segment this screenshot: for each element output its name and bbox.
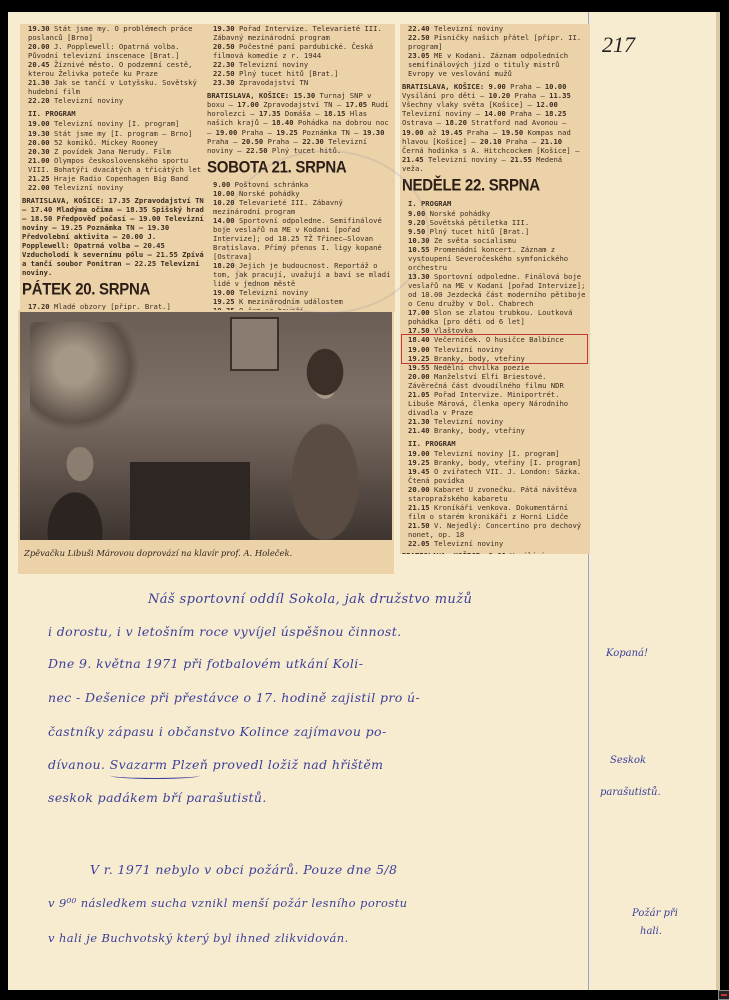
margin-note: Kopaná! [606,648,648,659]
day-heading: NEDĚLE 22. SRPNA [402,176,588,196]
listing-title: Jak se tančí v Lotyšsku. Sovětský hudebn… [28,78,197,96]
regional-listing: BRATISLAVA, KOŠICE: 17.35 Zpravodajství … [22,196,205,277]
listing-title: Televizní noviny [434,539,503,548]
listing-entry: 10.55 Promenádní koncert. Záznam z vysto… [402,245,588,272]
listing-entry: 20.00 Kabaret U zvonečku. Pátá návštěva … [402,485,588,503]
listing-entry: 17.00 Slon se zlatou trubkou. Loutková p… [402,308,588,326]
handwritten-line: i dorostu, i v letošním roce vyvíjel úsp… [48,624,402,639]
listing-entry: 21.15 Kroníkáři venkova. Dokumentární fi… [402,503,588,521]
listing-title: 52 komiků. Mickey Rooney [54,138,158,147]
picture-frame-image [230,317,279,371]
listing-title: Televizní noviny [239,60,308,69]
margin-note: parašutistů. [600,787,661,798]
listing-entry: 9.50 Plný tucet hitů [Brat.] [402,227,588,236]
listing-title: Sportovní odpoledne. Finálová boje vesla… [408,272,585,308]
faded-stamp [225,150,429,314]
listing-time: 21.05 [408,390,434,399]
listing-time: 21.00 [28,156,54,165]
page-edge [716,12,720,990]
listing-title: Ze světa socialismu [434,236,516,245]
listing-entry: 19.30 Stát jsme my. O problémech práce p… [22,24,205,42]
listing-entry: 21.05 Pořad Intervize. Miniportrét. Libu… [402,390,588,417]
listing-title: Večerníček. O husičce Balbínce [434,335,564,344]
listing-time: 17.50 [408,326,434,335]
program-heading: I. PROGRAM [408,199,588,208]
listing-time: 20.00 [28,42,54,51]
piano-image [130,462,250,540]
listing-entry: 19.30 Stát jsme my [I. program — Brno] [22,129,205,138]
listing-entry: 9.00 Norské pohádky [402,209,588,218]
page-number: 217 [602,32,635,58]
listing-title: Nedělní chvilka poezie [434,363,529,372]
listing-title: Televizní noviny [434,345,503,354]
listing-time: 19.00 [213,288,239,297]
listing-title: Branky, body, vteřiny [434,354,525,363]
listing-title: Plný tucet hitů [Brat.] [239,69,339,78]
listing-time: 22.00 [28,183,54,192]
listing-entry: 19.25 Branky, body, vteřiny [I. program] [402,458,588,467]
program-heading: II. PROGRAM [28,109,205,118]
listing-entry: 22.30 Televizní noviny [207,60,393,69]
listing-time: 19.55 [408,363,434,372]
listing-title: Vlaštovka [434,326,473,335]
tv-listing-column-1: 19.30 Stát jsme my. O problémech práce p… [20,24,207,314]
listing-entry: 13.30 Sportovní odpoledne. Finálová boje… [402,272,588,308]
listing-time: 19.30 [28,24,54,33]
listing-entry: 17.50 Vlaštovka [402,326,588,335]
listing-title: Branky, body, vteřiny [I. program] [434,458,581,467]
listing-entry: 20.00 J. Popplewell: Opatrná volba. Půvo… [22,42,205,60]
newspaper-photo [20,312,392,540]
listing-time: 19.00 [28,119,54,128]
listing-entry: 22.50 Plný tucet hitů [Brat.] [207,69,393,78]
listing-time: 20.45 [28,60,54,69]
listing-title: Televizní noviny [I. program] [54,119,180,128]
listing-time: 19.25 [408,354,434,363]
listing-entry: 20.45 Žíznivé město. O podzemní cestě, k… [22,60,205,78]
listing-entry: 22.00 Televizní noviny [22,183,205,192]
listing-time: 22.40 [408,24,434,33]
listing-time: 19.00 [408,345,434,354]
handwritten-line: Náš sportovní oddíl Sokola, jak družstvo… [148,592,472,607]
handwritten-line: seskok padákem bří parašutistů. [48,790,267,805]
listing-time: 19.25 [408,458,434,467]
listing-entry: 20.00 Manželství Elfi Briestové. Závěreč… [402,372,588,390]
listing-entry: 21.30 Jak se tančí v Lotyšsku. Sovětský … [22,78,205,96]
listing-entry: 19.00 Televizní noviny [402,345,588,354]
regional-listing: BRATISLAVA, KOŠICE: 9.00 Praha — 10.00 V… [402,82,588,172]
listing-title: Televizní noviny [434,24,503,33]
listing-time: 21.40 [408,426,434,435]
handwritten-line: častníky zápasu i občanstvo Kolince zají… [48,724,387,739]
listing-entry: 18.40 Večerníček. O husičce Balbínce [402,335,588,344]
listing-entry: 21.25 Hraje Radio Copenhagen Big Band [22,174,205,183]
listing-title: Z povídek Jana Nerudy. Film [54,147,171,156]
listing-entry: 21.40 Branky, body, vteřiny [402,426,588,435]
listing-entry: 22.50 Písničky našich přátel [připr. II.… [402,33,588,51]
listing-entry: 19.30 Pořad Intervize. Televarieté III. … [207,24,393,42]
listing-time: 9.00 [213,180,235,189]
listing-title: Plný tucet hitů [Brat.] [430,227,530,236]
listing-time: 20.50 [213,42,239,51]
listing-title: Stát jsme my [I. program — Brno] [54,129,192,138]
listing-title: Zpravodajství TN [239,78,308,87]
listing-time: 19.00 [408,449,434,458]
listing-entry: 22.20 Televizní noviny [22,96,205,105]
listing-entry: 22.05 Televizní noviny [402,539,588,548]
listing-title: Televizní noviny [54,96,123,105]
listing-time: 22.30 [213,60,239,69]
listing-title: Sovětská pětiletka III. [430,218,530,227]
listing-entry: 19.00 Televizní noviny [I. program] [22,119,205,128]
listing-entry: 20.50 Počestné paní pardubické. Česká fi… [207,42,393,60]
listing-time: 19.30 [28,129,54,138]
margin-note: Požár při [632,908,678,919]
listing-entry: 21.00 Olympos československého sportu VI… [22,156,205,174]
flowers-image [30,322,140,432]
listing-title: Pořad Intervize. Televarieté III. Zábavn… [213,24,382,42]
listing-title: V. Nejedlý: Concertino pro dechový nonet… [408,521,581,539]
margin-note: hali. [640,926,662,937]
handwritten-line: v hali je Buchvotský který byl ihned zli… [48,931,349,945]
day-heading: PÁTEK 20. SRPNA [22,280,205,300]
listing-entry: 19.25 Branky, body, vteřiny [402,354,588,363]
handwritten-line: dívanou. Svazarm Plzeň provedl ložiž nad… [48,757,383,772]
highlighted-listing: 21.05 Pořad Intervize. Miniportrét. Libu… [402,390,588,417]
listing-time: 20.00 [28,138,54,147]
handwritten-line: nec - Dešenice při přestávce o 17. hodin… [48,690,420,705]
listing-time: 19.30 [213,24,239,33]
listing-title: Olympos československého sportu VIII. Bo… [28,156,201,174]
listing-time: 19.25 [213,297,239,306]
listing-entry: 23.30 Zpravodajství TN [207,78,393,87]
listing-entry: 22.40 Televizní noviny [402,24,588,33]
handwritten-line: Dne 9. května 1971 při fotbalovém utkání… [48,656,363,671]
listing-time: 21.50 [408,521,434,530]
viewer-corner-icon[interactable] [718,990,729,1000]
listing-time: 21.15 [408,503,434,512]
listing-time: 20.30 [28,147,54,156]
listing-entry: 20.00 52 komiků. Mickey Rooney [22,138,205,147]
regional-listing: BRATISLAVA, KOŠICE: 9.00 Vysílání pro ne… [402,551,588,554]
listing-entry: 21.50 V. Nejedlý: Concertino pro dechový… [402,521,588,539]
listing-title: Branky, body, vteřiny [434,426,525,435]
listing-time: 20.00 [408,372,434,381]
photo-caption: Zpěvačku Libuši Márovou doprovází na kla… [24,548,292,558]
listing-title: Televizní noviny [54,183,123,192]
listing-time: 21.25 [28,174,54,183]
listing-title: Televizní noviny [I. program] [434,449,560,458]
listing-time: 18.40 [408,335,434,344]
listing-time: 19.45 [408,467,434,476]
listing-title: Televizní noviny [434,417,503,426]
handwritten-line: v 9⁰⁰ následkem sucha vznikl menší požár… [48,896,408,910]
listing-time: 23.05 [408,51,434,60]
handwritten-line: V r. 1971 nebylo v obci požárů. Pouze dn… [90,862,397,877]
listing-entry: 23.05 ME v Kodani. Záznam odpoledních se… [402,51,588,78]
program-heading: II. PROGRAM [408,439,588,448]
margin-note: Seskok [610,755,646,766]
listing-time: 21.30 [408,417,434,426]
listing-time: 20.00 [408,485,434,494]
listing-entry: 19.45 O zvířatech VII. J. London: Sázka.… [402,467,588,485]
listing-time: 21.30 [28,78,54,87]
listing-entry: 10.30 Ze světa socialismu [402,236,588,245]
regional-listing: BRATISLAVA, KOŠICE: 15.30 Turnaj SNP v b… [207,91,393,154]
listing-time: 23.30 [213,78,239,87]
listing-title: Písničky našich přátel [připr. II. progr… [408,33,581,51]
listing-title: Kabaret U zvonečku. Pátá návštěva starop… [408,485,577,503]
listing-title: O zvířatech VII. J. London: Sázka. Čtená… [408,467,581,485]
listing-entry: 9.20 Sovětská pětiletka III. [402,218,588,227]
listing-time: 22.50 [408,33,434,42]
handwritten-underline [110,772,200,779]
listing-entry: 19.55 Nedělní chvilka poezie [402,363,588,372]
tv-listing-column-3: 22.40 Televizní noviny22.50 Písničky naš… [400,24,590,554]
listing-time: 22.50 [213,69,239,78]
listing-entry: 19.00 Televizní noviny [I. program] [402,449,588,458]
listing-entry: 21.30 Televizní noviny [402,417,588,426]
listing-time: 22.05 [408,539,434,548]
listing-time: 22.20 [28,96,54,105]
listing-title: Hraje Radio Copenhagen Big Band [54,174,188,183]
listing-title: Norské pohádky [430,209,491,218]
listing-entry: 20.30 Z povídek Jana Nerudy. Film [22,147,205,156]
listing-time: 17.00 [408,308,434,317]
